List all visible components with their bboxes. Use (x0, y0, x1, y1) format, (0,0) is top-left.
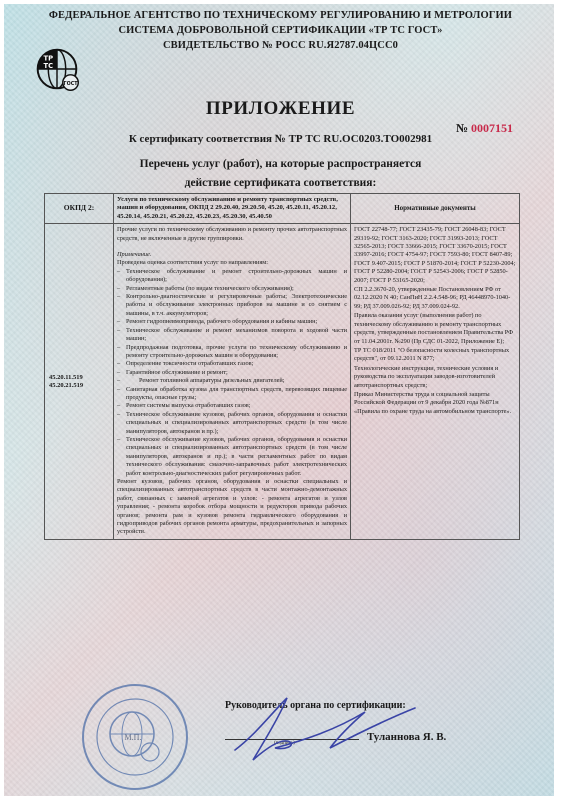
list-item: Ремонт системы выпуска отработавших газо… (117, 402, 347, 410)
normative-doc: СП 2.2.3670-20, утвержденные Постановлен… (354, 286, 516, 311)
normative-doc: Приказ Министерства труда и социальной з… (354, 391, 516, 416)
svg-text:ТС: ТС (44, 62, 54, 70)
system-name: СИСТЕМА ДОБРОВОЛЬНОЙ СЕРТИФИКАЦИИ «ТР ТС… (0, 25, 561, 36)
services-intro: Прочие услуги по техническому обслуживан… (117, 226, 347, 243)
trts-gost-logo-icon: ТР ТС ГОСТ (28, 40, 86, 98)
stamp-label: М.П. (125, 733, 142, 742)
list-item: Предпродажная подготовка, прочие услуги … (117, 344, 347, 361)
list-item: Техническое обслуживание кузовов, рабочи… (117, 436, 347, 478)
list-item: Регламентные работы (по видам техническо… (117, 285, 347, 293)
list-item: Определение токсичности отработавших газ… (117, 360, 347, 368)
list-item: Санитарная обработка кузова для транспор… (117, 386, 347, 403)
note-lead: Проведена оценка соответствия услуг по н… (117, 259, 347, 267)
normative-doc: Правила оказания услуг (выполнения работ… (354, 312, 516, 346)
service-code: 45.20.11.519 (49, 374, 110, 382)
list-item: Гарантийное обслуживание и ремонт; (117, 369, 347, 377)
list-item: Техническое обслуживание и ремонт механи… (117, 327, 347, 344)
list-item: Контрольно-диагностические и регулировоч… (117, 293, 347, 318)
list-item: Ремонт топливной аппаратуры дизельных дв… (117, 377, 347, 385)
services-list-title: Перечень услуг (работ), на которые распр… (0, 155, 561, 193)
handwritten-signature-icon (225, 690, 425, 770)
list-item: Ремонт гидропневмопривода, рабочего обор… (117, 318, 347, 326)
okpd-label: ОКПД 2: (45, 194, 114, 224)
svg-text:ГОСТ: ГОСТ (64, 81, 79, 87)
normative-doc: ТР ТС 018/2011 "О безопасности колесных … (354, 347, 516, 364)
list-item: Техническое обслуживание и ремонт строит… (117, 268, 347, 285)
list-title-line-2: действие сертификата соответствия: (0, 174, 561, 193)
document-title: ПРИЛОЖЕНИЕ (0, 98, 561, 120)
service-codes: 45.20.11.519 45.20.21.519 (45, 224, 114, 540)
note-label: Примечание. (117, 251, 347, 259)
normative-doc: Технологические инструкции, технические … (354, 365, 516, 390)
official-stamp-icon: М.П. (80, 682, 190, 792)
list-title-line-1: Перечень услуг (работ), на которые распр… (0, 155, 561, 174)
okpd-description: Услуги по техническому обслуживанию и ре… (114, 194, 351, 224)
certificate-reference: К сертификату соответствия № ТР ТС RU.ОС… (0, 133, 561, 145)
services-list: Техническое обслуживание и ремонт строит… (117, 268, 347, 478)
table-row: 45.20.11.519 45.20.21.519 Прочие услуги … (45, 224, 520, 540)
table-header-row: ОКПД 2: Услуги по техническому обслужива… (45, 194, 520, 224)
normative-docs-header: Нормативные документы (351, 194, 520, 224)
services-table: ОКПД 2: Услуги по техническому обслужива… (44, 193, 520, 540)
service-code: 45.20.21.519 (49, 382, 110, 390)
services-cell: Прочие услуги по техническому обслуживан… (114, 224, 351, 540)
agency-name: ФЕДЕРАЛЬНОЕ АГЕНТСТВО ПО ТЕХНИЧЕСКОМУ РЕ… (0, 10, 561, 21)
services-outro: Ремонт кузовов, рабочих органов, оборудо… (117, 478, 347, 537)
normative-docs-cell: ГОСТ 22748-77; ГОСТ 23435-79; ГОСТ 26048… (351, 224, 520, 540)
normative-doc: ГОСТ 22748-77; ГОСТ 23435-79; ГОСТ 26048… (354, 226, 516, 285)
list-item: Техническое обслуживание кузовов, рабочи… (117, 411, 347, 436)
